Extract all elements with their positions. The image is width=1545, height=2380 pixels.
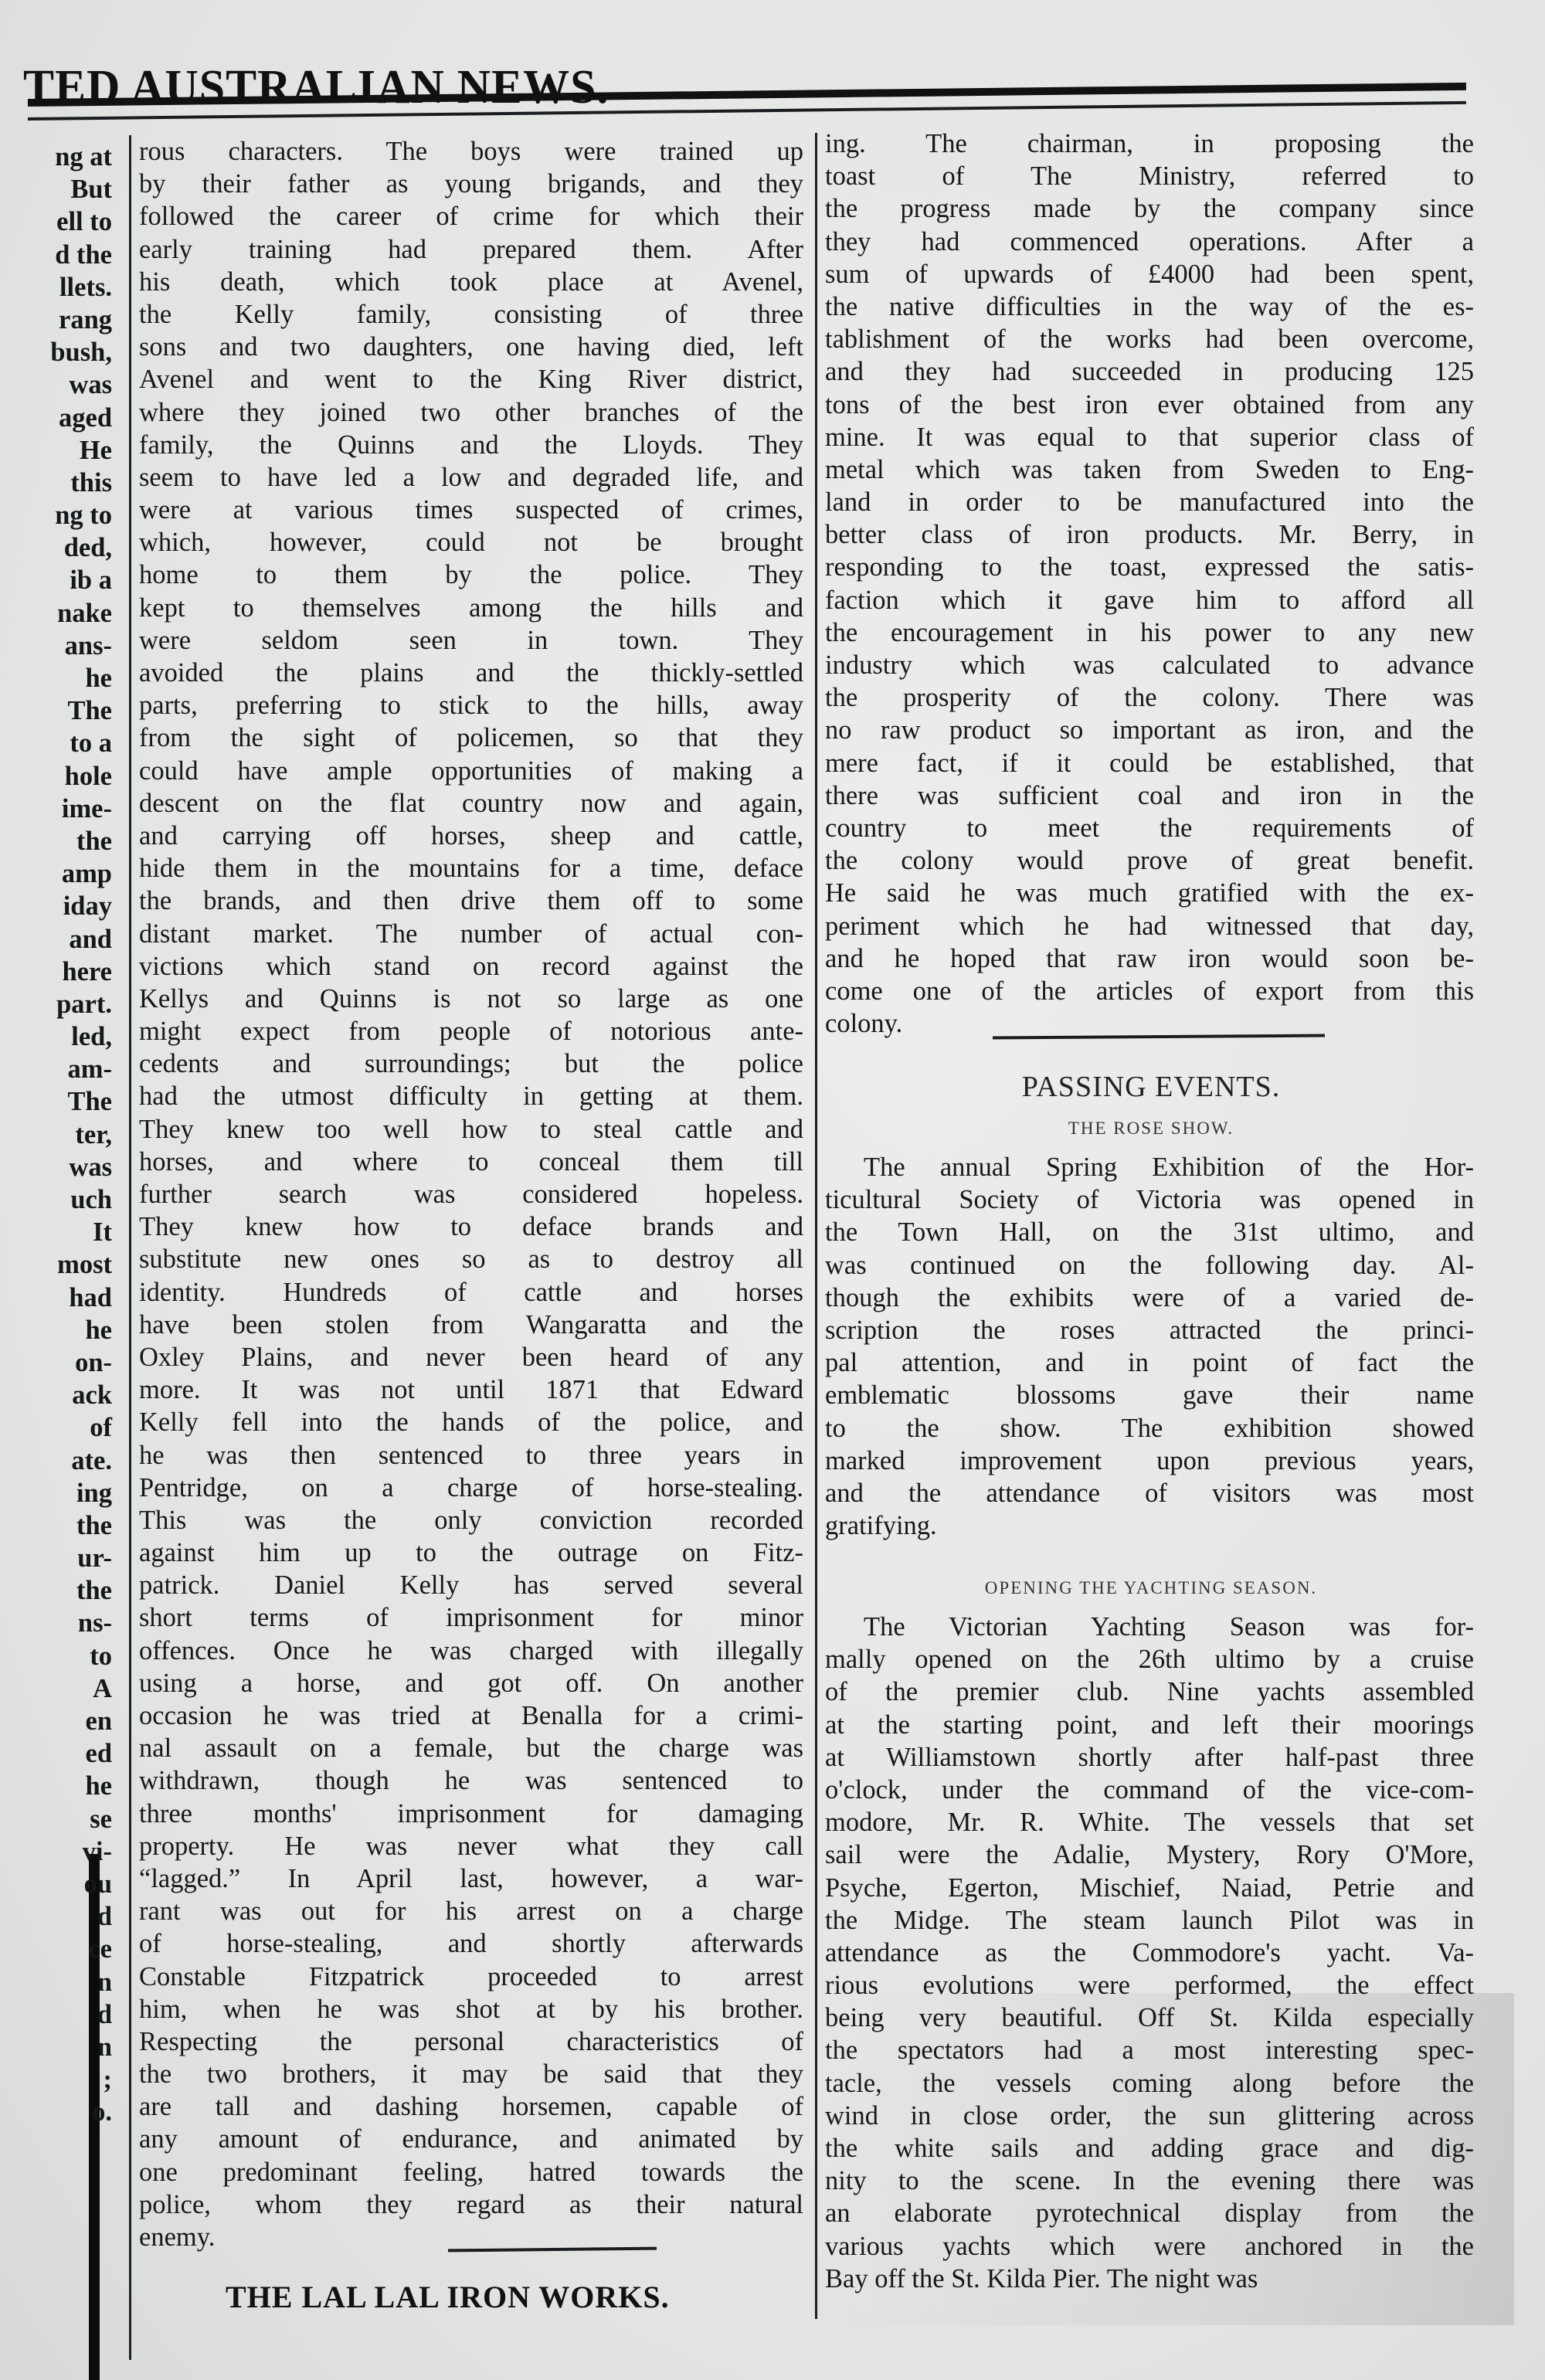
text-line: tons of the best iron ever obtained from… [825,389,1474,421]
text-line: emblematic blossoms gave their name [825,1379,1474,1411]
text-line: home to them by the police. They [139,559,803,591]
text-line: where they joined two other branches of … [139,396,803,429]
text-line: there was sufficient coal and iron in th… [825,779,1474,812]
text-line: and they had succeeded in producing 125 [825,355,1474,388]
text-line: cedents and surroundings; but the police [139,1047,803,1080]
newspaper-page: TED AUSTRALIAN NEWS. ng atButell tod the… [0,0,1545,2380]
text-line: Psyche, Egerton, Mischief, Naiad, Petrie… [825,1872,1474,1904]
text-line: They knew how to deface brands and [139,1210,803,1243]
text-line: n [15,2031,112,2063]
text-line: ing [15,1477,112,1509]
text-line: the Midge. The steam launch Pilot was in [825,1904,1474,1937]
text-line: and the attendance of visitors was most [825,1477,1474,1509]
text-line: ib a [15,564,112,596]
text-line: tablishment of the works had been overco… [825,323,1474,355]
yachting-subheading: OPENING THE YACHTING SEASON. [819,1578,1483,1598]
text-line: ng at [15,141,112,173]
text-line: of the premier club. Nine yachts assembl… [825,1676,1474,1708]
text-line: occasion he was tried at Benalla for a c… [139,1699,803,1732]
text-line: short terms of imprisonment for minor [139,1601,803,1634]
text-line: to the show. The exhibition showed [825,1412,1474,1445]
text-line: the [15,1574,112,1607]
text-line: was [15,1151,112,1183]
text-line: using a horse, and got off. On another [139,1667,803,1699]
text-line: The [15,694,112,727]
text-line: withdrawn, though he was sentenced to [139,1764,803,1797]
text-line: the prosperity of the colony. There was [825,681,1474,714]
text-line: This was the only conviction recorded [139,1504,803,1536]
masthead-title: TED AUSTRALIAN NEWS. [23,59,610,114]
text-line: ; [15,2063,112,2096]
text-line: patrick. Daniel Kelly has served several [139,1569,803,1601]
text-line: they had commenced operations. After a [825,226,1474,258]
text-line: could have ample opportunities of making… [139,755,803,787]
text-line: sons and two daughters, one having died,… [139,331,803,363]
text-line: to a [15,727,112,759]
text-line: of [15,1411,112,1444]
text-line: responding to the toast, expressed the s… [825,551,1474,583]
text-line: ate. [15,1445,112,1477]
text-line: scription the roses attracted the princi… [825,1314,1474,1346]
text-line: had the utmost difficulty in getting at … [139,1080,803,1112]
text-line: sail were the Adalie, Mystery, Rory O'Mo… [825,1838,1474,1871]
text-line: toast of The Ministry, referred to [825,160,1474,192]
text-line: Pentridge, on a charge of horse-stealing… [139,1472,803,1504]
text-line: o. [15,2096,112,2128]
text-line: on- [15,1346,112,1379]
rose-show-article: The annual Spring Exhibition of the Hor-… [825,1151,1474,1542]
text-line: ed [15,1737,112,1770]
text-line: mine. It was equal to that superior clas… [825,421,1474,453]
text-line: was [15,368,112,401]
text-line: substitute new ones so as to destroy all [139,1243,803,1275]
lal-lal-iron-works-heading: THE LAL LAL IRON WORKS. [226,2279,670,2315]
text-line: he [15,662,112,694]
text-line: Kellys and Quinns is not so large as one [139,983,803,1015]
text-line: identity. Hundreds of cattle and horses [139,1276,803,1309]
text-line: and [15,923,112,956]
text-line: the brands, and then drive them off to s… [139,884,803,917]
text-line: o'clock, under the command of the vice-c… [825,1774,1474,1806]
text-line: better class of iron products. Mr. Berry… [825,518,1474,551]
text-line: by their father as young brigands, and t… [139,168,803,200]
text-line: n [15,1966,112,1998]
text-line: here [15,956,112,988]
text-line: kept to themselves among the hills and [139,592,803,624]
text-line: are tall and dashing horsemen, capable o… [139,2090,803,2123]
text-line: “lagged.” In April last, however, a war- [139,1862,803,1895]
text-line: am- [15,1053,112,1085]
text-line: attendance as the Commodore's yacht. Va- [825,1937,1474,1969]
text-line: the white sails and adding grace and dig… [825,2132,1474,2164]
text-line: any amount of endurance, and animated by [139,2123,803,2155]
text-line: marked improvement upon previous years, [825,1445,1474,1477]
text-line: the native difficulties in the way of th… [825,290,1474,323]
text-line: ack [15,1379,112,1411]
text-line: gratifying. [825,1509,1474,1542]
text-line: uch [15,1183,112,1216]
text-line: vi- [15,1835,112,1868]
text-line: Kelly fell into the hands of the police,… [139,1406,803,1438]
text-line: had [15,1282,112,1314]
text-line: rious evolutions were performed, the eff… [825,1969,1474,2001]
text-line: A [15,1672,112,1705]
text-line: and carrying off horses, sheep and cattl… [139,820,803,852]
text-line: come one of the articles of export from … [825,975,1474,1007]
text-line: periment which he had witnessed that day… [825,910,1474,942]
text-line: country to meet the requirements of [825,812,1474,844]
text-line: Respecting the personal characteristics … [139,2025,803,2058]
text-line: ell to [15,205,112,238]
text-line: ou [15,1868,112,1900]
text-line: followed the career of crime for which t… [139,200,803,233]
text-line: wind in close order, the sun glittering … [825,2100,1474,2132]
rose-show-subheading: THE ROSE SHOW. [819,1119,1483,1139]
text-line: distant market. The number of actual con… [139,918,803,950]
text-line: The annual Spring Exhibition of the Hor- [825,1151,1474,1183]
text-line: being very beautiful. Off St. Kilda espe… [825,2001,1474,2034]
text-line: hole [15,760,112,793]
text-line: bush, [15,336,112,368]
text-line: early training had prepared them. After [139,233,803,266]
text-line: industry which was calculated to advance [825,649,1474,681]
text-line: faction which it gave him to afford all [825,584,1474,616]
right-column-article: ing. The chairman, in proposing thetoast… [825,127,1474,1040]
text-line: He [15,434,112,467]
text-line: modore, Mr. R. White. The vessels that s… [825,1806,1474,1838]
text-line: further search was considered hopeless. [139,1178,803,1210]
middle-column-article: rous characters. The boys were trained u… [139,135,803,2253]
text-line: Bay off the St. Kilda Pier. The night wa… [825,2263,1474,2295]
text-line: were at various times suspected of crime… [139,494,803,526]
text-line: horses, and where to conceal them till [139,1146,803,1178]
text-line: Oxley Plains, and never been heard of an… [139,1341,803,1373]
text-line: police, whom they regard as their natura… [139,2188,803,2221]
text-line: parts, preferring to stick to the hills,… [139,689,803,721]
text-line: ans- [15,630,112,662]
text-line: nity to the scene. In the evening there … [825,2164,1474,2197]
text-line: led, [15,1020,112,1053]
passing-events-heading: PASSING EVENTS. [819,1070,1483,1104]
text-line: the [15,1509,112,1542]
text-line: he was then sentenced to three years in [139,1439,803,1472]
text-line: en [15,1705,112,1737]
text-line: ticultural Society of Victoria was opene… [825,1183,1474,1216]
text-line: The Victorian Yachting Season was for- [825,1611,1474,1643]
text-line: against him up to the outrage on Fitz- [139,1536,803,1569]
text-line: the [15,825,112,857]
text-line: They knew too well how to steal cattle a… [139,1113,803,1146]
text-line: Constable Fitzpatrick proceeded to arres… [139,1961,803,1993]
text-line: the colony would prove of great benefit. [825,844,1474,877]
text-line: But [15,173,112,205]
text-line: iday [15,890,112,922]
text-line: ns- [15,1607,112,1639]
text-line: It [15,1216,112,1248]
text-line: no raw product so important as iron, and… [825,714,1474,746]
text-line: tacle, the vessels coming along before t… [825,2067,1474,2100]
text-line: from the sight of policemen, so that the… [139,721,803,754]
text-line: he [15,1314,112,1346]
text-line: though the exhibits were of a varied de- [825,1282,1474,1314]
text-line: ded, [15,531,112,564]
text-line: se [15,1803,112,1835]
text-line: nal assault on a female, but the charge … [139,1732,803,1764]
text-line: d [15,1998,112,2031]
text-line: descent on the flat country now and agai… [139,787,803,820]
text-line: this [15,467,112,499]
text-line: seem to have led a low and degraded life… [139,461,803,494]
text-line: him, when he was shot at by his brother. [139,1993,803,2025]
text-line: of horse-stealing, and shortly afterward… [139,1927,803,1960]
text-line: family, the Quinns and the Lloyds. They [139,429,803,461]
text-line: the progress made by the company since [825,192,1474,225]
text-line: the two brothers, it may be said that th… [139,2058,803,2090]
text-line: Avenel and went to the King River distri… [139,363,803,396]
text-line: at the starting point, and left their mo… [825,1709,1474,1741]
text-line: hide them in the mountains for a time, d… [139,852,803,884]
text-line: were seldom seen in town. They [139,624,803,657]
text-line: The [15,1085,112,1118]
text-line: property. He was never what they call [139,1830,803,1862]
text-line: rant was out for his arrest on a charge [139,1895,803,1927]
text-line: more. It was not until 1871 that Edward [139,1373,803,1406]
text-line: aged [15,402,112,434]
text-line: which, however, could not be brought [139,526,803,559]
text-line: He said he was much gratified with the e… [825,877,1474,909]
text-line: rang [15,304,112,336]
text-line: amp [15,857,112,890]
text-line: victions which stand on record against t… [139,950,803,983]
text-line: the encouragement in his power to any ne… [825,616,1474,649]
text-line: at Williamstown shortly after half-past … [825,1741,1474,1774]
text-line: the Kelly family, consisting of three [139,298,803,331]
column-divider-right [815,133,817,2319]
left-column-fragments: ng atButell tod thellets.rangbush,wasage… [15,141,112,2128]
text-line: sum of upwards of £4000 had been spent, [825,258,1474,290]
text-line: the spectators had a most interesting sp… [825,2034,1474,2066]
text-line: one predominant feeling, hatred towards … [139,2156,803,2188]
text-line: offences. Once he was charged with illeg… [139,1635,803,1667]
text-line: rous characters. The boys were trained u… [139,135,803,168]
text-line: ng to [15,499,112,531]
text-line: part. [15,988,112,1020]
text-line: mere fact, if it could be established, t… [825,747,1474,779]
text-line: ur- [15,1542,112,1574]
text-line: various yachts which were anchored in th… [825,2230,1474,2263]
text-line: ter, [15,1119,112,1151]
text-line: he [15,1770,112,1802]
text-line: land in order to be manufactured into th… [825,486,1474,518]
column-divider-left [129,135,131,2360]
text-line: ime- [15,793,112,825]
text-line: metal which was taken from Sweden to Eng… [825,453,1474,486]
text-line: three months' imprisonment for damaging [139,1798,803,1830]
text-line: might expect from people of notorious an… [139,1015,803,1047]
text-line: the Town Hall, on the 31st ultimo, and [825,1216,1474,1248]
text-line: ce [15,1933,112,1965]
text-line: an elaborate pyrotechnical display from … [825,2197,1474,2229]
text-line: ing. The chairman, in proposing the [825,127,1474,160]
text-line: avoided the plains and the thickly-settl… [139,657,803,689]
text-line: d [15,1900,112,1933]
text-line: and he hoped that raw iron would soon be… [825,942,1474,975]
text-line: have been stolen from Wangaratta and the [139,1309,803,1341]
text-line: was continued on the following day. Al- [825,1249,1474,1282]
text-line: nake [15,597,112,630]
text-line: to [15,1640,112,1672]
text-line: mally opened on the 26th ultimo by a cru… [825,1643,1474,1676]
text-line: pal attention, and in point of fact the [825,1346,1474,1379]
yachting-article: The Victorian Yachting Season was for-ma… [825,1611,1474,2295]
text-line: llets. [15,271,112,304]
text-line: most [15,1248,112,1281]
text-line: d the [15,239,112,271]
text-line: his death, which took place at Avenel, [139,266,803,298]
